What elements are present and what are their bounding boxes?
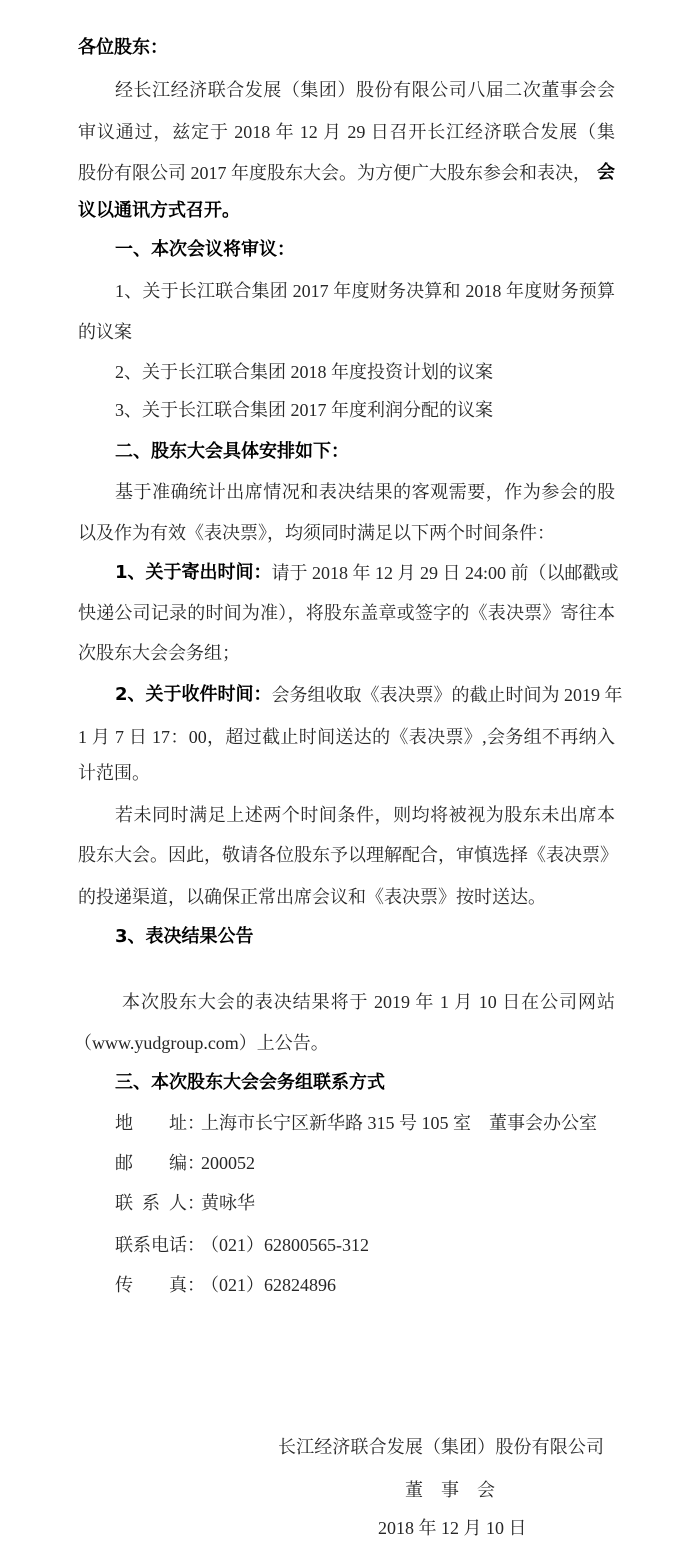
- arrangement-intro-line-1: 基于准确统计出席情况和表决结果的客观需要，作为参会的股东，: [115, 480, 615, 504]
- contact-separator: ：: [187, 1233, 201, 1257]
- result-line-2: （www.yudgroup.com）上公告。: [74, 1031, 611, 1055]
- condition-2-line-1: 2、关于收件时间： 会务组收取《表决票》的截止时间为 2019 年: [115, 683, 615, 707]
- contact-person-value: 黄咏华: [201, 1191, 255, 1215]
- condition-1-line-2: 快递公司记录的时间为准），将股东盖章或签字的《表决票》寄往本: [78, 601, 615, 625]
- intro-line-2: 审议通过，兹定于 2018 年 12 月 29 日召开长江经济联合发展（集团）: [78, 120, 615, 144]
- intro-line-3: 股份有限公司 2017 年度股东大会。为方便广大股东参会和表决， 会: [78, 161, 615, 185]
- contact-fax-value: （021）62824896: [201, 1273, 336, 1297]
- contact-postcode-label: 邮编: [115, 1151, 187, 1175]
- condition-2-line-2: 1 月 7 日 17：00，超过截止时间送达的《表决票》,会务组不再纳入统: [78, 725, 615, 749]
- agenda-item-1-line-2: 的议案: [78, 320, 615, 344]
- contact-separator: ：: [187, 1273, 201, 1297]
- contact-fax: 传真 ： （021）62824896: [115, 1273, 336, 1297]
- salutation: 各位股东：: [78, 36, 615, 60]
- section-3-heading: 三、本次股东大会会务组联系方式: [115, 1071, 615, 1095]
- condition-1-label: 1、关于寄出时间：: [115, 561, 272, 585]
- contact-postcode-value: 200052: [201, 1151, 255, 1175]
- agenda-item-2: 2、关于长江联合集团 2018 年度投资计划的议案: [115, 360, 615, 384]
- contact-address: 地址 ： 上海市长宁区新华路 315 号 105 室 董事会办公室: [115, 1111, 597, 1135]
- intro-line-4-bold: 议以通讯方式召开。: [78, 199, 615, 223]
- notice-line-2: 股东大会。因此，敬请各位股东予以理解配合，审慎选择《表决票》: [78, 843, 615, 867]
- signature-board: 董事会: [405, 1478, 495, 1502]
- contact-phone: 联系电话 ： （021）62800565-312: [115, 1233, 369, 1257]
- intro-line-3-bold: 会: [597, 161, 615, 185]
- contact-person-label: 联系人: [115, 1191, 187, 1215]
- signature-date: 2018 年 12 月 10 日: [378, 1516, 527, 1540]
- contact-phone-value: （021）62800565-312: [201, 1233, 369, 1257]
- contact-address-label: 地址: [115, 1111, 187, 1135]
- notice-document: 各位股东： 经长江经济联合发展（集团）股份有限公司八届二次董事会会议 审议通过，…: [0, 0, 681, 1557]
- agenda-item-1-line-1: 1、关于长江联合集团 2017 年度财务决算和 2018 年度财务预算: [115, 279, 615, 303]
- agenda-item-3: 3、关于长江联合集团 2017 年度利润分配的议案: [115, 398, 615, 422]
- contact-separator: ：: [187, 1191, 201, 1215]
- intro-line-3-text: 股份有限公司 2017 年度股东大会。为方便广大股东参会和表决，: [78, 161, 591, 185]
- notice-line-3: 的投递渠道，以确保正常出席会议和《表决票》按时送达。: [78, 885, 615, 909]
- condition-1-text: 请于 2018 年 12 月 29 日 24:00 前（以邮戳或: [272, 561, 619, 585]
- arrangement-intro-line-2: 以及作为有效《表决票》，均须同时满足以下两个时间条件：: [78, 521, 615, 545]
- result-heading: 3、表决结果公告: [115, 925, 615, 949]
- condition-2-line-3: 计范围。: [78, 761, 615, 785]
- section-2-heading: 二、股东大会具体安排如下：: [115, 440, 615, 464]
- condition-1-line-3: 次股东大会会务组；: [78, 641, 615, 665]
- contact-address-value: 上海市长宁区新华路 315 号 105 室 董事会办公室: [201, 1111, 597, 1135]
- contact-postcode: 邮编 ： 200052: [115, 1151, 255, 1175]
- notice-line-1: 若未同时满足上述两个时间条件，则均将被视为股东未出席本次: [115, 803, 615, 827]
- condition-1-line-1: 1、关于寄出时间： 请于 2018 年 12 月 29 日 24:00 前（以邮…: [115, 561, 615, 585]
- contact-person: 联系人 ： 黄咏华: [115, 1191, 255, 1215]
- contact-phone-label: 联系电话: [115, 1233, 187, 1257]
- signature-company: 长江经济联合发展（集团）股份有限公司: [278, 1435, 604, 1459]
- contact-separator: ：: [187, 1111, 201, 1135]
- contact-separator: ：: [187, 1151, 201, 1175]
- result-line-1: 本次股东大会的表决结果将于 2019 年 1 月 10 日在公司网站: [122, 990, 615, 1014]
- condition-2-text: 会务组收取《表决票》的截止时间为 2019 年: [272, 683, 623, 707]
- section-1-heading: 一、本次会议将审议：: [115, 238, 615, 262]
- condition-2-label: 2、关于收件时间：: [115, 683, 272, 707]
- contact-fax-label: 传真: [115, 1273, 187, 1297]
- intro-line-1: 经长江经济联合发展（集团）股份有限公司八届二次董事会会议: [115, 78, 615, 102]
